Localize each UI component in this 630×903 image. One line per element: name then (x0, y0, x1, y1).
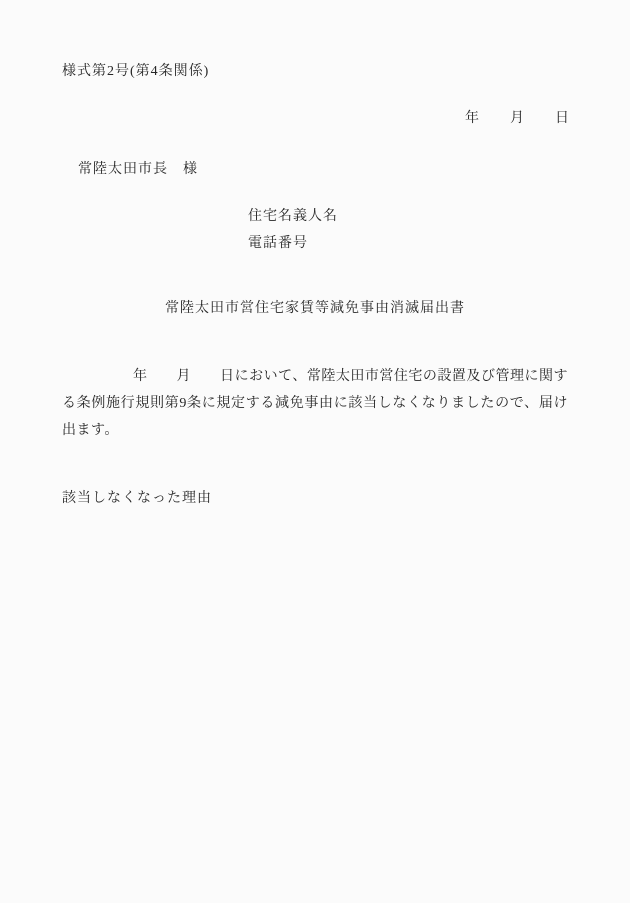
body-line-2: る条例施行規則第9条に規定する減免事由に該当しなくなりましたので、届け (62, 390, 568, 417)
document-page: 様式第2号(第4条関係) 年 月 日 常陸太田市長 様 住宅名義人名 電話番号 … (0, 0, 630, 903)
phone-number-label: 電話番号 (248, 230, 338, 257)
form-number-label: 様式第2号(第4条関係) (62, 62, 209, 82)
tenant-name-label: 住宅名義人名 (248, 203, 338, 230)
body-line-1: 年 月 日において、常陸太田市営住宅の設置及び管理に関す (62, 363, 568, 390)
applicant-fields-block: 住宅名義人名 電話番号 (248, 203, 338, 257)
date-fill-in-line: 年 月 日 (465, 109, 570, 129)
body-paragraph: 年 月 日において、常陸太田市営住宅の設置及び管理に関す る条例施行規則第9条に… (62, 363, 568, 444)
body-line-3: 出ます。 (62, 417, 568, 444)
addressee-label: 常陸太田市長 様 (78, 160, 198, 180)
document-title: 常陸太田市営住宅家賃等減免事由消滅届出書 (0, 299, 630, 319)
reason-label: 該当しなくなった理由 (62, 489, 212, 509)
